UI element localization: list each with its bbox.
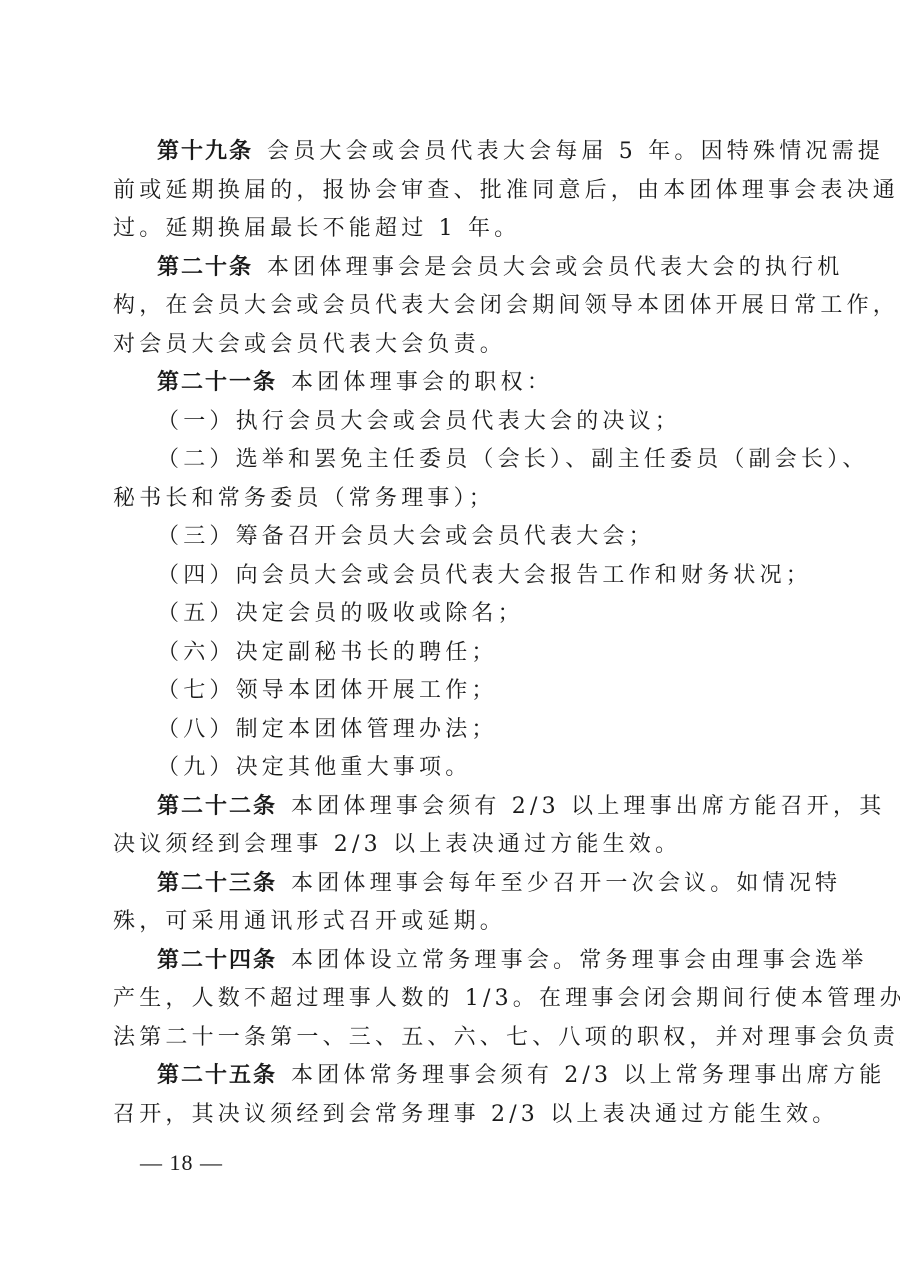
article-19-text-1: 会员大会或会员代表大会每届 5 年。因特殊情况需提 xyxy=(267,139,884,164)
page-number: — 18 — xyxy=(140,1150,223,1176)
article-23-title: 第二十三条 xyxy=(157,871,277,896)
article-22-text-2: 决议须经到会理事 2/3 以上表决通过方能生效。 xyxy=(113,832,681,857)
article-24-line-2: 产生，人数不超过理事人数的 1/3。在理事会闭会期间行使本管理办 xyxy=(113,980,789,1019)
article-20-line-2: 构，在会员大会或会员代表大会闭会期间领导本团体开展日常工作， xyxy=(113,287,789,326)
article-20-line-3: 对会员大会或会员代表大会负责。 xyxy=(113,326,789,365)
list-item-text: （二）选举和罢免主任委员（会长）、副主任委员（副会长）、 xyxy=(157,447,869,472)
article-20-line-1: 第二十条本团体理事会是会员大会或会员代表大会的执行机 xyxy=(113,249,789,288)
list-item-text: （一）执行会员大会或会员代表大会的决议； xyxy=(157,409,681,434)
document-page: 第十九条会员大会或会员代表大会每届 5 年。因特殊情况需提 前或延期换届的，报协… xyxy=(113,133,789,1134)
article-25-line-1: 第二十五条本团体常务理事会须有 2/3 以上常务理事出席方能 xyxy=(113,1057,789,1096)
article-23-text-2: 殊，可采用通讯形式召开或延期。 xyxy=(113,909,506,934)
article-22-text-1: 本团体理事会须有 2/3 以上理事出席方能召开，其 xyxy=(291,794,885,819)
article-19-line-2: 前或延期换届的，报协会审查、批准同意后，由本团体理事会表决通 xyxy=(113,172,789,211)
list-item-text: （四）向会员大会或会员代表大会报告工作和财务状况； xyxy=(157,563,812,588)
article-24-text-3: 法第二十一条第一、三、五、六、七、八项的职权，并对理事会负责。 xyxy=(113,1025,900,1050)
article-24-text-2: 产生，人数不超过理事人数的 1/3。在理事会闭会期间行使本管理办 xyxy=(113,986,900,1011)
article-21-item-9: （九）决定其他重大事项。 xyxy=(113,749,789,788)
article-21-item-2-cont: 秘书长和常务委员（常务理事）； xyxy=(113,480,789,519)
list-item-text: 秘书长和常务委员（常务理事）； xyxy=(113,486,495,511)
article-20-text-3: 对会员大会或会员代表大会负责。 xyxy=(113,332,506,357)
article-24-title: 第二十四条 xyxy=(157,948,277,973)
article-23-line-1: 第二十三条本团体理事会每年至少召开一次会议。如情况特 xyxy=(113,865,789,904)
list-item-text: （九）决定其他重大事项。 xyxy=(157,755,471,780)
list-item-text: （七）领导本团体开展工作； xyxy=(157,678,498,703)
article-25-line-2: 召开，其决议须经到会常务理事 2/3 以上表决通过方能生效。 xyxy=(113,1096,789,1135)
article-22-line-1: 第二十二条本团体理事会须有 2/3 以上理事出席方能召开，其 xyxy=(113,788,789,827)
article-21-item-5: （五）决定会员的吸收或除名； xyxy=(113,595,789,634)
article-22-title: 第二十二条 xyxy=(157,794,277,819)
article-19-title: 第十九条 xyxy=(157,139,253,164)
list-item-text: （六）决定副秘书长的聘任； xyxy=(157,640,498,665)
article-23-line-2: 殊，可采用通讯形式召开或延期。 xyxy=(113,903,789,942)
article-19-text-2: 前或延期换届的，报协会审查、批准同意后，由本团体理事会表决通 xyxy=(113,178,899,203)
article-24-line-1: 第二十四条本团体设立常务理事会。常务理事会由理事会选举 xyxy=(113,942,789,981)
article-21-item-3: （三）筹备召开会员大会或会员代表大会； xyxy=(113,518,789,557)
list-item-text: （三）筹备召开会员大会或会员代表大会； xyxy=(157,524,655,549)
article-24-line-3: 法第二十一条第一、三、五、六、七、八项的职权，并对理事会负责。 xyxy=(113,1019,789,1058)
article-21-item-4: （四）向会员大会或会员代表大会报告工作和财务状况； xyxy=(113,557,789,596)
article-22-line-2: 决议须经到会理事 2/3 以上表决通过方能生效。 xyxy=(113,826,789,865)
article-25-text-1: 本团体常务理事会须有 2/3 以上常务理事出席方能 xyxy=(291,1063,885,1088)
article-20-title: 第二十条 xyxy=(157,255,253,280)
article-21-item-6: （六）决定副秘书长的聘任； xyxy=(113,634,789,673)
article-19-text-3: 过。延期换届最长不能超过 1 年。 xyxy=(113,216,520,241)
article-21-item-8: （八）制定本团体管理办法； xyxy=(113,711,789,750)
article-21-line-1: 第二十一条本团体理事会的职权： xyxy=(113,364,789,403)
article-21-item-7: （七）领导本团体开展工作； xyxy=(113,672,789,711)
article-25-title: 第二十五条 xyxy=(157,1063,277,1088)
article-21-item-1: （一）执行会员大会或会员代表大会的决议； xyxy=(113,403,789,442)
article-21-title: 第二十一条 xyxy=(157,370,277,395)
article-25-text-2: 召开，其决议须经到会常务理事 2/3 以上表决通过方能生效。 xyxy=(113,1102,838,1127)
article-19-line-1: 第十九条会员大会或会员代表大会每届 5 年。因特殊情况需提 xyxy=(113,133,789,172)
article-21-item-2: （二）选举和罢免主任委员（会长）、副主任委员（副会长）、 xyxy=(113,441,789,480)
list-item-text: （八）制定本团体管理办法； xyxy=(157,717,498,742)
article-21-text-1: 本团体理事会的职权： xyxy=(291,370,553,395)
article-24-text-1: 本团体设立常务理事会。常务理事会由理事会选举 xyxy=(291,948,867,973)
article-20-text-2: 构，在会员大会或会员代表大会闭会期间领导本团体开展日常工作， xyxy=(113,293,899,318)
list-item-text: （五）决定会员的吸收或除名； xyxy=(157,601,524,626)
article-19-line-3: 过。延期换届最长不能超过 1 年。 xyxy=(113,210,789,249)
article-20-text-1: 本团体理事会是会员大会或会员代表大会的执行机 xyxy=(267,255,843,280)
article-23-text-1: 本团体理事会每年至少召开一次会议。如情况特 xyxy=(291,871,841,896)
